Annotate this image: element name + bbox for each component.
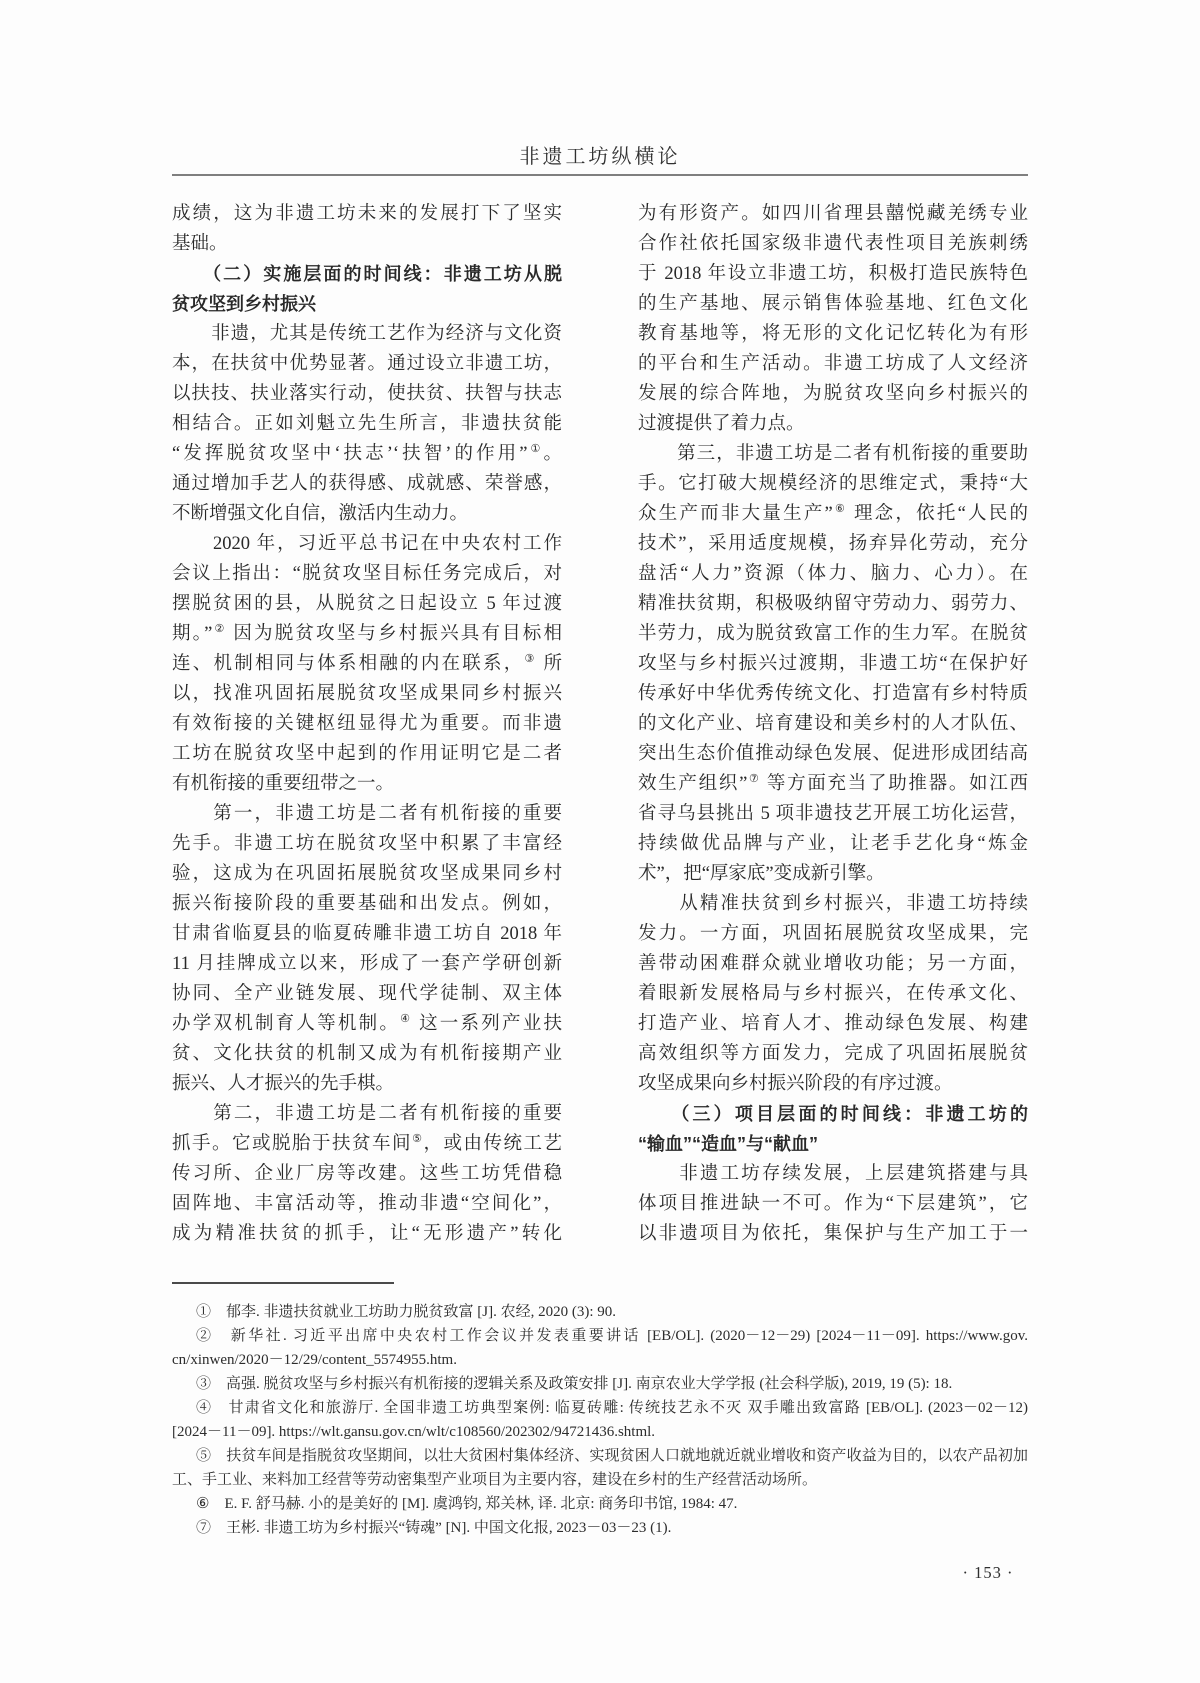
body-text-line: 为有形资产。如四川省理县囍悦藏羌绣专业 [638, 199, 1028, 229]
footnote-ref-marker: ① [527, 443, 543, 455]
body-text-line: 省寻乌县挑出 5 项非遗技艺开展工坊化运营， [638, 799, 1028, 829]
body-text-line: 不断增强文化自信，激活内生动力。 [172, 499, 562, 529]
body-text-line: 验，这成为在巩固拓展脱贫攻坚成果同乡村 [172, 859, 562, 889]
body-text-line: 精准扶贫期，积极吸纳留守劳动力、弱劳力、 [638, 589, 1028, 619]
section-heading-line: （二）实施层面的时间线：非遗工坊从脱 [172, 259, 562, 289]
right-column: 为有形资产。如四川省理县囍悦藏羌绣专业合作社依托国家级非遗代表性项目羌族刺绣于 … [638, 199, 1028, 1249]
body-text-line: 打造产业、培育人才、推动绿色发展、构建 [638, 1009, 1028, 1039]
body-text-line: 技术”，采用适度规模，扬弃异化劳动，充分 [638, 529, 1028, 559]
body-text-line: 持续做优品牌与产业，让老手艺化身“炼金 [638, 829, 1028, 859]
body-text-line: 以扶技、扶业落实行动，使扶贫、扶智与扶志 [172, 379, 562, 409]
body-text-line: 效生产组织”⑦ 等方面充当了助推器。如江西 [638, 769, 1028, 799]
footnote-ref-marker: ⑦ [747, 773, 760, 785]
body-text-line: 的平台和生产活动。非遗工坊成了人文经济 [638, 349, 1028, 379]
body-text-line: 工坊在脱贫攻坚中起到的作用证明它是二者 [172, 739, 562, 769]
body-text-line: 期。”② 因为脱贫攻坚与乡村振兴具有目标相 [172, 619, 562, 649]
body-text-line: 突出生态价值推动绿色发展、促进形成团结高 [638, 739, 1028, 769]
footnote-line: ④ 甘肃省文化和旅游厅. 全国非遗工坊典型案例: 临夏砖雕: 传统技艺永不灭 双… [172, 1396, 1028, 1420]
body-text-line: 2020 年，习近平总书记在中央农村工作 [172, 529, 562, 559]
body-text-line: 传承好中华优秀传统文化、打造富有乡村特质 [638, 679, 1028, 709]
footnote-ref-marker: ⑤ [412, 1133, 423, 1145]
body-text-line: 成为精准扶贫的抓手，让“无形遗产”转化 [172, 1219, 562, 1249]
body-text-line: 振兴、人才振兴的先手棋。 [172, 1069, 562, 1099]
body-text-line: 传习所、企业厂房等改建。这些工坊凭借稳 [172, 1159, 562, 1189]
body-text-line: 11 月挂牌成立以来，形成了一套产学研创新 [172, 949, 562, 979]
footnote-line: ① 郁李. 非遗扶贫就业工坊助力脱贫致富 [J]. 农经, 2020 (3): … [172, 1300, 1028, 1324]
body-text-line: 半劳力，成为脱贫致富工作的生力军。在脱贫 [638, 619, 1028, 649]
footnote-line: 工、手工业、来料加工经营等劳动密集型产业项目为主要内容，建设在乡村的生产经营活动… [172, 1468, 1028, 1492]
footnote-separator [172, 1282, 394, 1284]
body-text-line: 有效衔接的关键枢纽显得尤为重要。而非遗 [172, 709, 562, 739]
body-text-line: 协同、全产业链发展、现代学徒制、双主体 [172, 979, 562, 1009]
page-number: · 153 · [928, 1563, 1048, 1583]
body-text-line: 过渡提供了着力点。 [638, 409, 1028, 439]
body-text-line: 基础。 [172, 229, 562, 259]
document-page: 非遗工坊纵横论 成绩，这为非遗工坊未来的发展打下了坚实基础。 （二）实施层面的时… [0, 0, 1200, 1683]
body-text-line: 的文化产业、培育建设和美乡村的人才队伍、 [638, 709, 1028, 739]
footnote-line: ② 新华社. 习近平出席中央农村工作会议并发表重要讲话 [EB/OL]. (20… [172, 1324, 1028, 1348]
left-column: 成绩，这为非遗工坊未来的发展打下了坚实基础。 （二）实施层面的时间线：非遗工坊从… [172, 199, 562, 1249]
body-text-line: 第一，非遗工坊是二者有机衔接的重要 [172, 799, 562, 829]
body-text-line: 发展的综合阵地，为脱贫攻坚向乡村振兴的 [638, 379, 1028, 409]
body-text-line: 从精准扶贫到乡村振兴，非遗工坊持续 [638, 889, 1028, 919]
body-text-line: 合作社依托国家级非遗代表性项目羌族刺绣 [638, 229, 1028, 259]
body-text-line: 贫、文化扶贫的机制又成为有机衔接期产业 [172, 1039, 562, 1069]
body-text-line: 甘肃省临夏县的临夏砖雕非遗工坊自 2018 年 [172, 919, 562, 949]
body-text-line: 第三，非遗工坊是二者有机衔接的重要助 [638, 439, 1028, 469]
body-text-line: 以，找准巩固拓展脱贫攻坚成果同乡村振兴 [172, 679, 562, 709]
body-text-line: 有机衔接的重要纽带之一。 [172, 769, 562, 799]
section-heading-line: 贫攻坚到乡村振兴 [172, 289, 562, 319]
body-text-line: 教育基地等，将无形的文化记忆转化为有形 [638, 319, 1028, 349]
body-text-line: 振兴衔接阶段的重要基础和出发点。例如， [172, 889, 562, 919]
body-text-line: 发力。一方面，巩固拓展脱贫攻坚成果，完 [638, 919, 1028, 949]
body-text-line: 会议上指出：“脱贫攻坚目标任务完成后，对 [172, 559, 562, 589]
body-text-line: 的生产基地、展示销售体验基地、红色文化 [638, 289, 1028, 319]
body-text-line: 攻坚成果向乡村振兴阶段的有序过渡。 [638, 1069, 1028, 1099]
body-text-line: 相结合。正如刘魁立先生所言，非遗扶贫能 [172, 409, 562, 439]
body-text-line: 以非遗项目为依托，集保护与生产加工于一 [638, 1219, 1028, 1249]
footnote-ref-marker: ③ [525, 653, 537, 665]
footnote-ref-marker: ⑥ [833, 503, 847, 515]
page-header-title: 非遗工坊纵横论 [172, 140, 1028, 169]
body-text-line: 善带动困难群众就业增收功能；另一方面， [638, 949, 1028, 979]
body-text-line: 非遗，尤其是传统工艺作为经济与文化资 [172, 319, 562, 349]
footnote-line: ⑦ 王彬. 非遗工坊为乡村振兴“铸魂” [N]. 中国文化报, 2023－03－… [172, 1516, 1028, 1540]
footnote-line: ③ 高强. 脱贫攻坚与乡村振兴有机衔接的逻辑关系及政策安排 [J]. 南京农业大… [172, 1372, 1028, 1396]
body-text-line: 先手。非遗工坊在脱贫攻坚中积累了丰富经 [172, 829, 562, 859]
body-text-line: 本，在扶贫中优势显著。通过设立非遗工坊， [172, 349, 562, 379]
body-text-line: 第二，非遗工坊是二者有机衔接的重要 [172, 1099, 562, 1129]
body-text-line: 术”，把“厚家底”变成新引擎。 [638, 859, 1028, 889]
footnote-ref-marker: ④ [400, 1013, 412, 1025]
body-text-line: 通过增加手艺人的获得感、成就感、荣誉感， [172, 469, 562, 499]
footnote-line: [2024－11－09]. https://wlt.gansu.gov.cn/w… [172, 1420, 1028, 1444]
body-text-line: 手。它打破大规模经济的思维定式，秉持“大 [638, 469, 1028, 499]
body-text-line: 摆脱贫困的县，从脱贫之日起设立 5 年过渡 [172, 589, 562, 619]
body-text-line: 体项目推进缺一不可。作为“下层建筑”，它 [638, 1189, 1028, 1219]
footnote-line: ⑥ E. F. 舒马赫. 小的是美好的 [M]. 虞鸿钧, 郑关林, 译. 北京… [172, 1492, 1028, 1516]
footnotes-block: ① 郁李. 非遗扶贫就业工坊助力脱贫致富 [J]. 农经, 2020 (3): … [172, 1300, 1028, 1540]
body-text-line: 于 2018 年设立非遗工坊，积极打造民族特色 [638, 259, 1028, 289]
body-text-line: 非遗工坊存续发展，上层建筑搭建与具 [638, 1159, 1028, 1189]
body-text-line: 盘活“人力”资源（体力、脑力、心力）。在 [638, 559, 1028, 589]
header-rule [172, 174, 1028, 176]
section-heading-line: （三）项目层面的时间线：非遗工坊的 [638, 1099, 1028, 1129]
footnote-line: ⑤ 扶贫车间是指脱贫攻坚期间，以壮大贫困村集体经济、实现贫困人口就地就近就业增收… [172, 1444, 1028, 1468]
body-text-line: 高效组织等方面发力，完成了巩固拓展脱贫 [638, 1039, 1028, 1069]
footnote-line: cn/xinwen/2020－12/29/content_5574955.htm… [172, 1348, 1028, 1372]
body-text-line: 办学双机制育人等机制。④ 这一系列产业扶 [172, 1009, 562, 1039]
body-text-line: “发挥脱贫攻坚中‘扶志’‘扶智’的作用”①。 [172, 439, 562, 469]
section-heading-line: “输血”“造血”与“献血” [638, 1129, 1028, 1159]
body-text-line: 着眼新发展格局与乡村振兴，在传承文化、 [638, 979, 1028, 1009]
body-text-line: 成绩，这为非遗工坊未来的发展打下了坚实 [172, 199, 562, 229]
body-text-line: 攻坚与乡村振兴过渡期，非遗工坊“在保护好 [638, 649, 1028, 679]
body-text-line: 连、机制相同与体系相融的内在联系，③ 所 [172, 649, 562, 679]
body-text-line: 众生产而非大量生产”⑥ 理念，依托“人民的 [638, 499, 1028, 529]
body-text-line: 固阵地、丰富活动等，推动非遗“空间化”， [172, 1189, 562, 1219]
body-text-line: 抓手。它或脱胎于扶贫车间⑤，或由传统工艺 [172, 1129, 562, 1159]
footnote-ref-marker: ② [212, 623, 226, 635]
